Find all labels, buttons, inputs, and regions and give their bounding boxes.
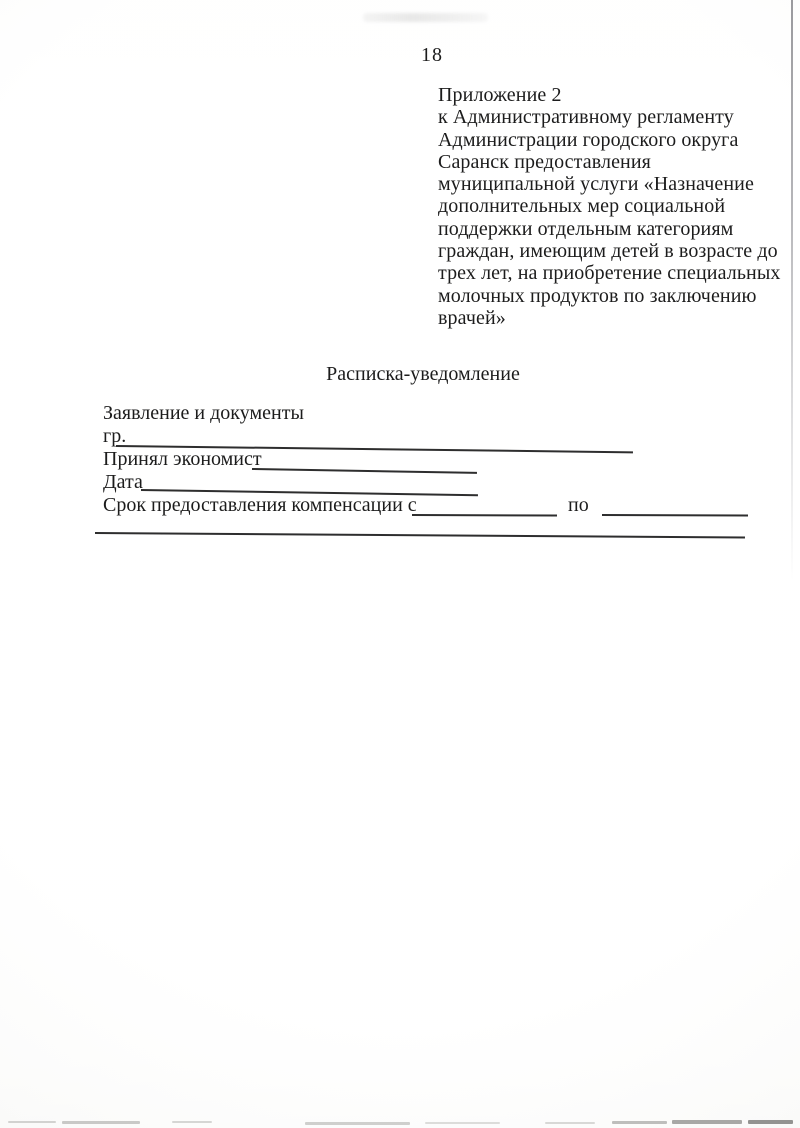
scan-artifact-dash [305,1122,410,1125]
scan-artifact-dash [172,1121,212,1123]
scan-smudge-artifact [363,13,488,22]
document-title: Расписка-уведомление [326,362,520,386]
page-number: 18 [421,45,443,65]
scan-artifact-dash [612,1121,667,1124]
scan-artifact-dash [8,1121,56,1123]
form-row-accepted-by: Принял экономист [0,448,800,472]
label-period-connector: по [568,494,589,517]
form-row-header: Заявление и документы [0,402,800,426]
label-accepted-by-economist: Принял экономист [103,448,262,471]
blank-line-full-width [95,532,745,539]
scan-artifact-dash [545,1122,595,1124]
scan-artifact-dash [62,1121,140,1124]
form-row-date: Дата [0,471,800,495]
label-application-documents: Заявление и документы [103,402,304,425]
label-period-prefix: Срок предоставления компенсации с [103,494,417,517]
appendix-reference-block: Приложение 2 к Административному регламе… [438,84,778,329]
scan-artifact-dash [672,1120,742,1124]
scan-artifact-dash [425,1122,500,1124]
label-date: Дата [103,471,143,494]
scan-edge-line [791,0,793,580]
scanned-document-page: 18 Приложение 2 к Административному регл… [0,0,800,1128]
scan-artifact-dash [748,1120,793,1124]
